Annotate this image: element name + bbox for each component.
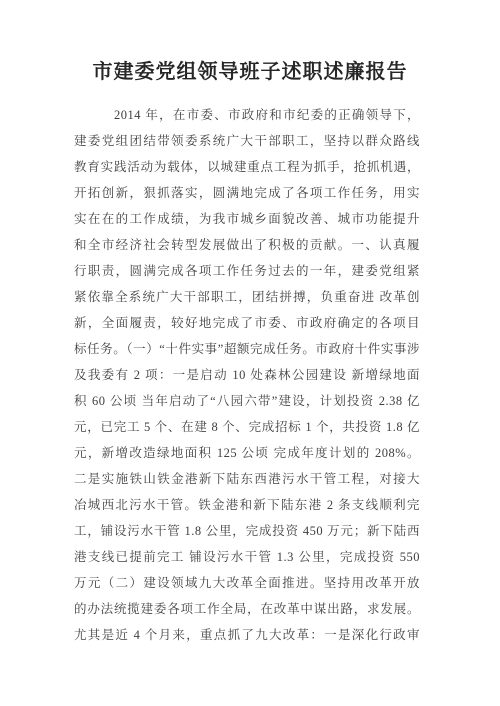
body-line: 冶城西北污水干管。铁金港和新下陆东港 2 条支线顺利完 [74, 492, 420, 518]
document-page: 市建委党组领导班子述职述廉报告 2014 年，在市委、市政府和市纪委的正确领导下… [0, 0, 500, 706]
document-body: 2014 年，在市委、市政府和市纪委的正确领导下， 建委党组团结带领委系统广大干… [0, 102, 500, 648]
body-line: 积 60 公顷 当年启动了“八园六带”建设，计划投资 2.38 亿 [74, 388, 420, 414]
body-line: 标任务。（一）“十件实事”超额完成任务。市政府十件实事涉 [74, 336, 420, 362]
body-line: 及我委有 2 项：一是启动 10 处森林公园建设 新增绿地面 [74, 362, 420, 388]
body-line: 的办法统揽建委各项工作全局，在改革中谋出路，求发展。 [74, 596, 420, 622]
body-line: 工，铺设污水干管 1.8 公里，完成投资 450 万元；新下陆西 [74, 518, 420, 544]
body-line: 元，新增改造绿地面积 125 公顷 完成年度计划的 208%。 [74, 440, 420, 466]
body-line: 行职责，圆满完成各项工作任务过去的一年，建委党组紧 [74, 258, 420, 284]
body-line: 尤其是近 4 个月来，重点抓了九大改革：一是深化行政审 [74, 622, 420, 648]
document-title: 市建委党组领导班子述职述廉报告 [0, 0, 500, 88]
body-line: 二是实施铁山铁金港新下陆东西港污水干管工程，对接大 [74, 466, 420, 492]
body-line: 万元（二）建设领域九大改革全面推进。坚持用改革开放 [74, 570, 420, 596]
body-line: 和全市经济社会转型发展做出了积极的贡献。一、认真履 [74, 232, 420, 258]
body-line: 2014 年，在市委、市政府和市纪委的正确领导下， [74, 102, 420, 128]
body-line: 实在在的工作成绩，为我市城乡面貌改善、城市功能提升 [74, 206, 420, 232]
body-line: 新，全面履责，较好地完成了市委、市政府确定的各项目 [74, 310, 420, 336]
body-line: 教育实践活动为载体，以城建重点工程为抓手，抢抓机遇， [74, 154, 420, 180]
body-line: 紧依靠全系统广大干部职工，团结拼搏，负重奋进 改革创 [74, 284, 420, 310]
body-line: 港支线已提前完工 铺设污水干管 1.3 公里，完成投资 550 [74, 544, 420, 570]
body-line: 建委党组团结带领委系统广大干部职工，坚持以群众路线 [74, 128, 420, 154]
body-line: 开拓创新，狠抓落实，圆满地完成了各项工作任务，用实 [74, 180, 420, 206]
body-line: 元，已完工 5 个、在建 8 个、完成招标 1 个，共投资 1.8 亿 [74, 414, 420, 440]
